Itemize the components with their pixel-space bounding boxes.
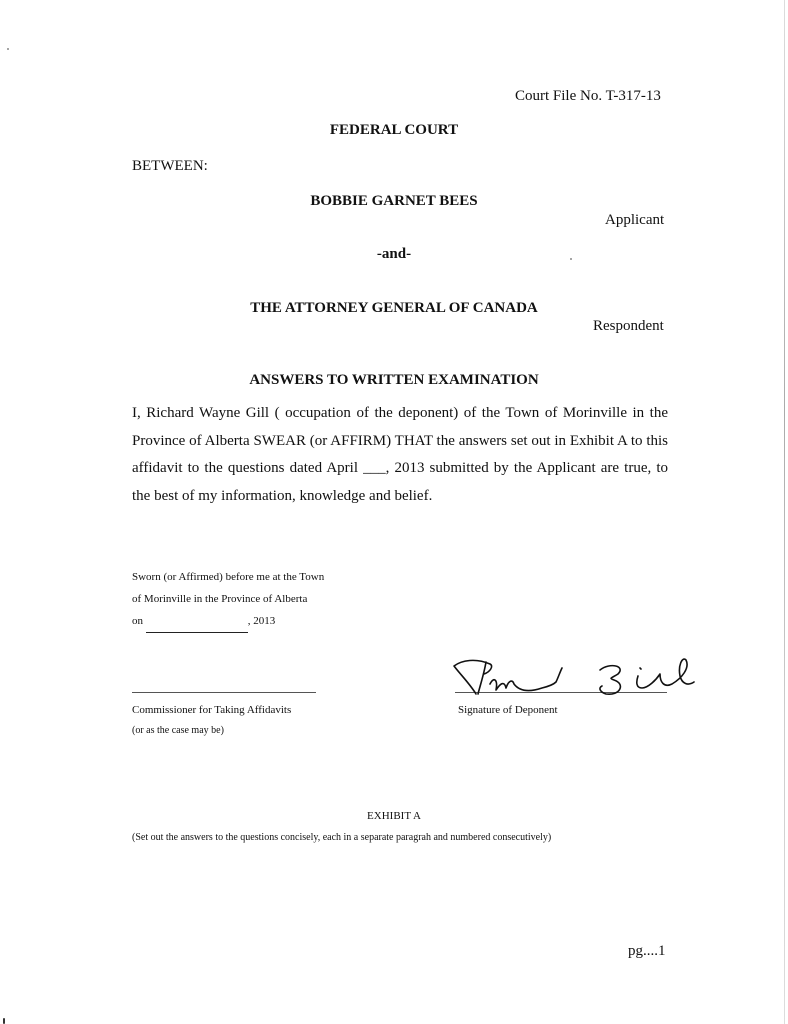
respondent-name: THE ATTORNEY GENERAL OF CANADA <box>0 300 788 317</box>
exhibit-instructions: (Set out the answers to the questions co… <box>132 832 551 843</box>
commissioner-signature-line <box>132 692 316 693</box>
scan-speck <box>570 258 572 260</box>
jurat-line-1: Sworn (or Affirmed) before me at the Tow… <box>132 566 324 588</box>
applicant-name: BOBBIE GARNET BEES <box>0 193 788 210</box>
jurat-block: Sworn (or Affirmed) before me at the Tow… <box>132 566 324 633</box>
commissioner-label: Commissioner for Taking Affidavits <box>132 704 291 716</box>
jurat-line-3: on , 2013 <box>132 610 324 633</box>
jurat-on: on <box>132 615 143 627</box>
page-number: pg....1 <box>628 943 666 960</box>
jurat-date-blank <box>146 610 248 633</box>
party-separator: -and- <box>0 246 788 263</box>
affidavit-paragraph: I, Richard Wayne Gill ( occupation of th… <box>132 400 668 510</box>
commissioner-sub-label: (or as the case may be) <box>132 725 224 736</box>
court-name: FEDERAL COURT <box>0 122 788 139</box>
deponent-signature <box>450 652 695 700</box>
exhibit-title: EXHIBIT A <box>0 810 788 822</box>
court-file-number: Court File No. T-317-13 <box>515 88 661 105</box>
jurat-line-2: of Morinville in the Province of Alberta <box>132 588 324 610</box>
scan-speck <box>3 1018 5 1024</box>
respondent-role: Respondent <box>593 318 664 335</box>
scan-edge <box>784 0 785 1024</box>
between-label: BETWEEN: <box>132 158 208 175</box>
scan-speck <box>7 48 9 50</box>
document-title: ANSWERS TO WRITTEN EXAMINATION <box>0 372 788 389</box>
jurat-year: , 2013 <box>248 615 276 627</box>
applicant-role: Applicant <box>605 212 664 229</box>
deponent-label: Signature of Deponent <box>458 704 558 716</box>
